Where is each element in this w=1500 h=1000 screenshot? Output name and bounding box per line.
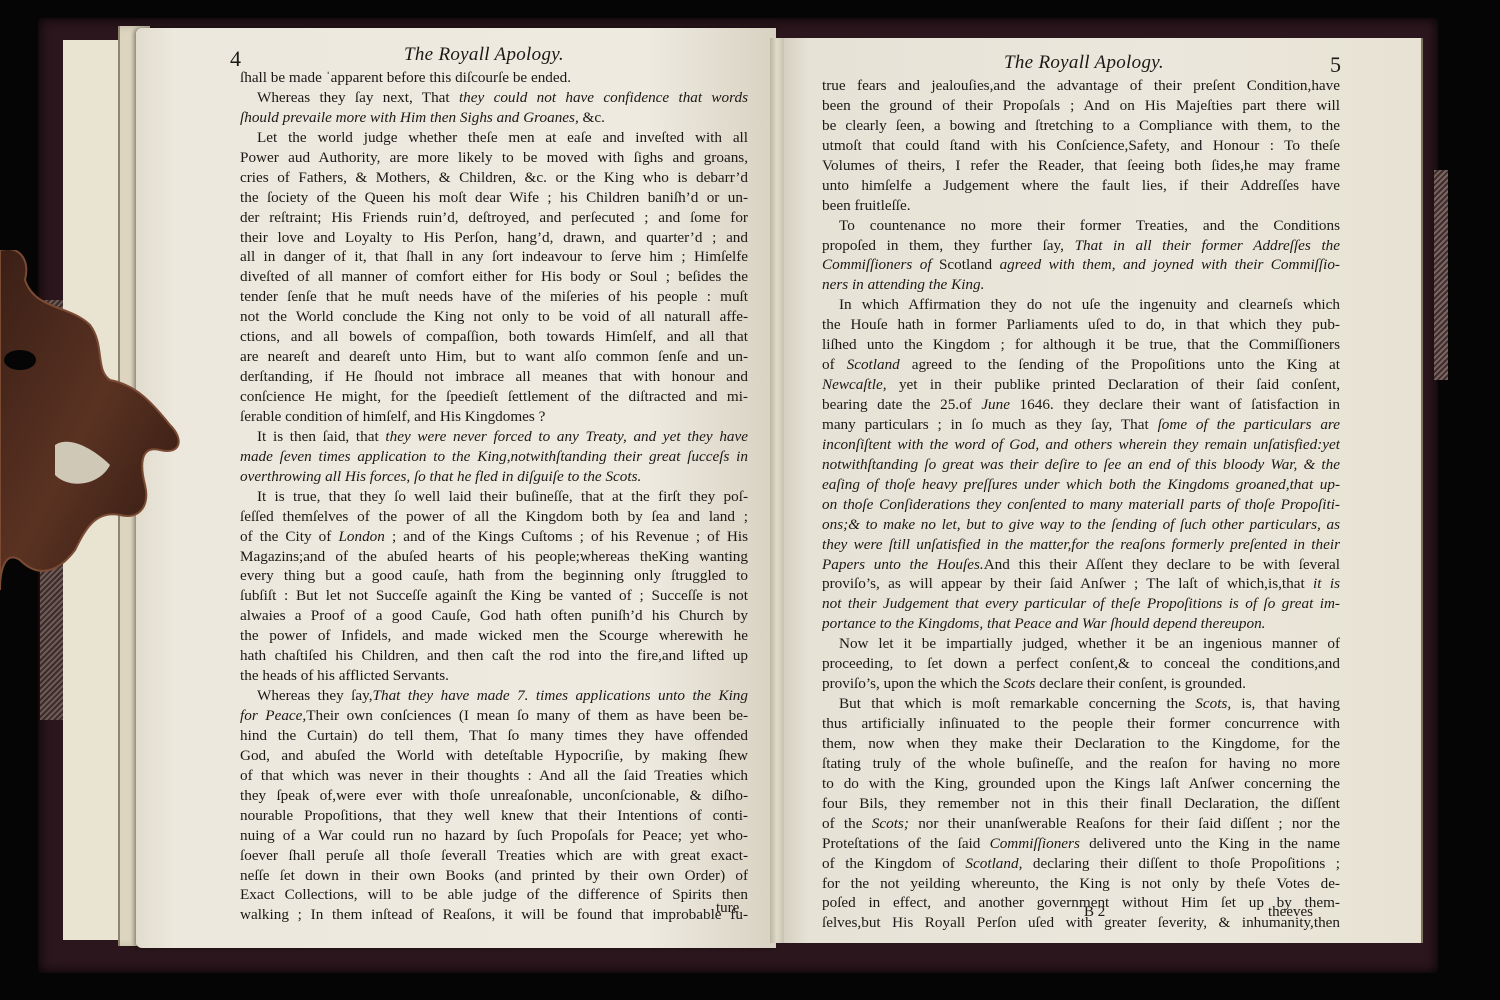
roman-run: 1646. they declare their want of ſatisfa…: [1010, 396, 1340, 413]
roman-run: propoſed in them, they further ſay,: [822, 237, 1075, 254]
left-page: 4 The Royall Apology. ſhall be made ˈapp…: [136, 28, 776, 948]
text-line: der reſtraint; His Friends ruin’d, deſtr…: [240, 208, 748, 228]
roman-run: ſeſſed themſelves of the power of all th…: [240, 508, 748, 525]
italic-run: portance to the Kingdoms, that Peace and…: [822, 615, 1265, 632]
roman-run: And this their Aſſent they declare to be…: [984, 556, 1340, 573]
text-line: ctions, and all bowels of compaſſion, bo…: [240, 327, 748, 347]
roman-run: alwaies a Proof of a good Cauſe, God hat…: [240, 607, 748, 624]
roman-run: proviſo’s, as will appear by their ſaid …: [822, 575, 1313, 592]
roman-run: hind the Curtain) do tell them, That ſo …: [240, 727, 748, 744]
text-line: conſcience He might, for the ſpeedieſt ſ…: [240, 387, 748, 407]
running-title-right: The Royall Apology.: [1004, 52, 1164, 74]
text-line: It is then ſaid, that they were never fo…: [240, 427, 748, 447]
italic-run: London: [338, 528, 384, 545]
roman-run: ſtating truly of the whole buſineſſe, an…: [822, 755, 1340, 772]
text-line: alwaies a Proof of a good Cauſe, God hat…: [240, 606, 748, 626]
roman-run: of that which was never in their thought…: [240, 767, 748, 784]
roman-run: proviſo’s, upon the which the: [822, 675, 1003, 692]
roman-run: utmoſt that could ſtand with his Conſcie…: [822, 137, 1340, 154]
text-line: been the ground of their Propoſals ; And…: [822, 96, 1340, 116]
italic-run: Newcaſtle,: [822, 376, 887, 393]
roman-run: be clearly ſeen, a bowing and ſtretching…: [822, 117, 1340, 134]
roman-run: ſelves,but His Royall Perſon uſed with g…: [822, 914, 1340, 931]
text-line: derſtanding, if He ſhould not imbrace al…: [240, 367, 748, 387]
text-line: the ſociety of the Queen his moſt dear W…: [240, 188, 748, 208]
text-line: ſhall be made ˈapparent before this diſc…: [240, 68, 748, 88]
roman-run: ſubſiſt : But let not Succeſſe againſt t…: [240, 587, 748, 604]
roman-run: agreed to the ſending of the Propoſition…: [900, 356, 1340, 373]
text-line: they were ſtill unſatisfied in the matte…: [822, 535, 1340, 555]
italic-run: they were never forced to any Treaty, an…: [385, 428, 748, 445]
text-line: ons;& to make no let, but to give way to…: [822, 515, 1340, 535]
roman-run: not the World conclude the King not only…: [240, 308, 748, 325]
italic-run: Scots;: [872, 815, 909, 832]
text-line: bearing date the 25.of June 1646. they d…: [822, 395, 1340, 415]
italic-run: Scotland: [847, 356, 900, 373]
text-line: walking ; In them inſtead of Reaſons, it…: [240, 905, 748, 925]
roman-run: true fears and jealouſies,and the advant…: [822, 77, 1340, 94]
book-gutter: [770, 38, 784, 943]
text-line: propoſed in them, they further ſay, That…: [822, 236, 1340, 256]
roman-run: for the not yeilding whereunto, the King…: [822, 875, 1340, 892]
text-line: ſelves,but His Royall Perſon uſed with g…: [822, 913, 1340, 933]
italic-run: on thoſe Conſiderations they conſented t…: [822, 496, 1340, 513]
text-line: poſed in effect, and another government …: [822, 893, 1340, 913]
text-line: Exact Collections, will to be able judge…: [240, 885, 748, 905]
text-line: are neareſt and deareſt unto Him, but to…: [240, 347, 748, 367]
roman-run: ſhall be made ˈapparent before this diſc…: [240, 69, 571, 86]
text-line: be clearly ſeen, a bowing and ſtretching…: [822, 116, 1340, 136]
roman-run: bearing date the 25.of: [822, 396, 981, 413]
italic-run: Scots,: [1195, 695, 1231, 712]
text-line: inconſiſtent with the word of God, and o…: [822, 435, 1340, 455]
roman-run: declaring their diſſent to thoſe Propoſi…: [1022, 855, 1340, 872]
roman-run: declare their conſent, is grounded.: [1035, 675, 1245, 692]
roman-run: proceeding, to ſet down a perfect conſen…: [822, 655, 1340, 672]
text-line: cries of Fathers, & Mothers, & Children,…: [240, 168, 748, 188]
text-line: Volumes of theirs, I refer the Reader, t…: [822, 156, 1340, 176]
roman-run: Let the world judge whether theſe men at…: [257, 129, 748, 146]
roman-run: the power of Infidels, and made wicked m…: [240, 627, 748, 644]
text-line: Magazins;and of the abuſed hearts of his…: [240, 547, 748, 567]
text-line: overthrowing all His forces, ſo that he …: [240, 467, 748, 487]
roman-run: Scotland: [939, 256, 1000, 273]
italic-run: June: [981, 396, 1010, 413]
italic-run: inconſiſtent with the word of God, and o…: [822, 436, 1340, 453]
text-line: of the Kingdom of Scotland, declaring th…: [822, 854, 1340, 874]
text-line: To countenance no more their former Trea…: [822, 216, 1340, 236]
text-line: the heads of his afflicted Servants.: [240, 666, 748, 686]
text-line: they ſpeak of,were ever with thoſe unrea…: [240, 786, 748, 806]
italic-run: they were ſtill unſatisfied in the matte…: [822, 536, 1340, 553]
text-line: hind the Curtain) do tell them, That ſo …: [240, 726, 748, 746]
page-number-right: 5: [1330, 52, 1341, 78]
text-line: many particulars ; in ſo much as they ſa…: [822, 415, 1340, 435]
text-line: Commiſſioners of Scotland agreed with th…: [822, 255, 1340, 275]
text-line: Whereas they ſay next, That they could n…: [240, 88, 748, 108]
italic-run: Commiſſioners of: [822, 256, 939, 273]
roman-run: It is then ſaid, that: [257, 428, 385, 445]
text-line: the Houſe hath in former Parliaments uſe…: [822, 315, 1340, 335]
roman-run: conſcience He might, for the ſpeedieſt ſ…: [240, 388, 748, 405]
text-line: ſubſiſt : But let not Succeſſe againſt t…: [240, 586, 748, 606]
signature-mark: B 2: [1084, 904, 1105, 921]
text-line: made ſeven times application to the King…: [240, 447, 748, 467]
text-line: thus artificially inſinuated to the peop…: [822, 714, 1340, 734]
text-line: not the World conclude the King not only…: [240, 307, 748, 327]
text-line: four Bils, they remember not in this the…: [822, 794, 1340, 814]
roman-run: Whereas they ſay,: [257, 687, 373, 704]
italic-run: for Peace,: [240, 707, 306, 724]
text-line: their love and Loyalty to His Perſon, ha…: [240, 228, 748, 248]
text-line: ſoever ſhall peruſe all thoſe ſeverall T…: [240, 846, 748, 866]
text-line: ſhould prevaile more with Him then Sighs…: [240, 108, 748, 128]
roman-run: been the ground of their Propoſals ; And…: [822, 97, 1340, 114]
text-line: ſeſſed themſelves of the power of all th…: [240, 507, 748, 527]
roman-run: Volumes of theirs, I refer the Reader, t…: [822, 157, 1340, 174]
right-page: The Royall Apology. 5 true fears and jea…: [776, 38, 1423, 943]
roman-run: unto himſelfe a Judgement where the faul…: [822, 177, 1340, 194]
text-line: Power aud Authority, are more likely to …: [240, 148, 748, 168]
roman-run: nor their unanſwerable Reaſons for their…: [909, 815, 1340, 832]
italic-run: they could not have confidence that word…: [459, 89, 748, 106]
italic-run: notwithſtanding ſo great was their deſir…: [822, 456, 1340, 473]
text-line: proviſo’s, upon the which the Scots decl…: [822, 674, 1340, 694]
italic-run: ons;& to make no let, but to give way to…: [822, 516, 1340, 533]
text-line: been fruitleſſe.: [822, 196, 1340, 216]
italic-run: Papers unto the Houſes.: [822, 556, 984, 573]
roman-run: the ſociety of the Queen his moſt dear W…: [240, 189, 748, 206]
text-line: Now let it be impartially judged, whethe…: [822, 634, 1340, 654]
roman-run: Magazins;and of the abuſed hearts of his…: [240, 548, 748, 565]
roman-run: ſoever ſhall peruſe all thoſe ſeverall T…: [240, 847, 748, 864]
italic-run: Scotland,: [965, 855, 1022, 872]
text-line: neſſe ſet down in their own Books (and p…: [240, 866, 748, 886]
text-line: notwithſtanding ſo great was their deſir…: [822, 455, 1340, 475]
roman-run: God, and abuſed the World with deteſtabl…: [240, 747, 748, 764]
text-line: every thing but a good cauſe, hath from …: [240, 566, 748, 586]
roman-run: &c.: [579, 109, 605, 126]
roman-run: many particulars ; in ſo much as they ſa…: [822, 416, 1158, 433]
text-line: Let the world judge whether theſe men at…: [240, 128, 748, 148]
roman-run: To countenance no more their former Trea…: [839, 217, 1340, 234]
roman-run: yet in their publike printed Declaration…: [887, 376, 1340, 393]
text-line: of the Scots; nor their unanſwerable Rea…: [822, 814, 1340, 834]
text-line: portance to the Kingdoms, that Peace and…: [822, 614, 1340, 634]
roman-run: ctions, and all bowels of compaſſion, bo…: [240, 328, 748, 345]
roman-run: nourable Propoſitions, that they well kn…: [240, 807, 748, 824]
roman-run: Whereas they ſay next, That: [257, 89, 459, 106]
italic-run: ners in attending the King.: [822, 276, 984, 293]
text-line: not their Judgement that every particula…: [822, 594, 1340, 614]
roman-run: of: [822, 356, 847, 373]
roman-run: to do with the King, grounded upon the K…: [822, 775, 1340, 792]
roman-run: the heads of his afflicted Servants.: [240, 667, 449, 684]
italic-run: agreed with them, and joyned with their …: [1000, 256, 1340, 273]
text-line: ſtating truly of the whole buſineſſe, an…: [822, 754, 1340, 774]
text-line: eaſing of thoſe heavy preſſures under wh…: [822, 475, 1340, 495]
italic-run: overthrowing all His forces, ſo that he …: [240, 468, 641, 485]
text-line: God, and abuſed the World with deteſtabl…: [240, 746, 748, 766]
right-page-text: true fears and jealouſies,and the advant…: [822, 76, 1340, 933]
roman-run: been fruitleſſe.: [822, 197, 911, 214]
text-line: Whereas they ſay,That they have made 7. …: [240, 686, 748, 706]
text-line: nourable Propoſitions, that they well kn…: [240, 806, 748, 826]
roman-run: diveſted of all manner of comfort either…: [240, 268, 748, 285]
text-line: nuing of a War could run no hazard by ſu…: [240, 826, 748, 846]
text-line: of the City of London ; and of the Kings…: [240, 527, 748, 547]
italic-run: not their Judgement that every particula…: [822, 595, 1340, 612]
cover-edge-right: [1434, 170, 1448, 380]
roman-run: them, now when they make their Declarati…: [822, 735, 1340, 752]
roman-run: nuing of a War could run no hazard by ſu…: [240, 827, 748, 844]
roman-run: is, that having: [1231, 695, 1340, 712]
roman-run: their love and Loyalty to His Perſon, ha…: [240, 229, 748, 246]
roman-run: of the Kingdom of: [822, 855, 965, 872]
text-line: of Scotland agreed to the ſending of the…: [822, 355, 1340, 375]
roman-run: derſtanding, if He ſhould not imbrace al…: [240, 368, 748, 385]
italic-run: ſome of the particulars are: [1158, 416, 1340, 433]
roman-run: It is true, that they ſo well laid their…: [257, 488, 748, 505]
text-line: ners in attending the King.: [822, 275, 1340, 295]
roman-run: neſſe ſet down in their own Books (and p…: [240, 867, 748, 884]
text-line: for Peace,Their own conſciences (I mean …: [240, 706, 748, 726]
roman-run: every thing but a good cauſe, hath from …: [240, 567, 748, 584]
roman-run: tender ſenſe that he muſt needs have of …: [240, 288, 748, 305]
roman-run: all in danger of it, that ſhall in any ſ…: [240, 248, 748, 265]
text-line: true fears and jealouſies,and the advant…: [822, 76, 1340, 96]
roman-run: hath chaſtiſed his Children, and then ca…: [240, 647, 748, 664]
text-line: for the not yeilding whereunto, the King…: [822, 874, 1340, 894]
text-line: Papers unto the Houſes.And this their Aſ…: [822, 555, 1340, 575]
roman-run: In which Affirmation they do not uſe the…: [839, 296, 1340, 313]
italic-run: That in all their former Addreſſes the: [1075, 237, 1340, 254]
roman-run: the Houſe hath in former Parliaments uſe…: [822, 316, 1340, 333]
roman-run: Now let it be impartially judged, whethe…: [839, 635, 1340, 652]
catchword-left: ture: [716, 900, 739, 917]
text-line: liſhed unto the Kingdom ; for although i…: [822, 335, 1340, 355]
italic-run: made ſeven times application to the King…: [240, 448, 748, 465]
roman-run: of the: [822, 815, 872, 832]
text-line: utmoſt that could ſtand with his Conſcie…: [822, 136, 1340, 156]
text-line: proviſo’s, as will appear by their ſaid …: [822, 574, 1340, 594]
text-line: hath chaſtiſed his Children, and then ca…: [240, 646, 748, 666]
text-line: Proteſtations of the ſaid Commiſſioners …: [822, 834, 1340, 854]
text-line: to do with the King, grounded upon the K…: [822, 774, 1340, 794]
text-line: them, now when they make their Declarati…: [822, 734, 1340, 754]
italic-run: Commiſſioners: [990, 835, 1080, 852]
roman-run: of the City of: [240, 528, 338, 545]
roman-run: Proteſtations of the ſaid: [822, 835, 990, 852]
text-line: ſerable condition of himſelf, and His Ki…: [240, 407, 748, 427]
text-line: In which Affirmation they do not uſe the…: [822, 295, 1340, 315]
roman-run: delivered unto the King in the name: [1080, 835, 1340, 852]
metal-bookmark-clip: [0, 250, 190, 590]
text-line: tender ſenſe that he muſt needs have of …: [240, 287, 748, 307]
italic-run: ſhould prevaile more with Him then Sighs…: [240, 109, 579, 126]
roman-run: ; and of the Kings Cuſtoms ; of his Reve…: [385, 528, 748, 545]
catchword-right: theeves: [1268, 904, 1313, 921]
text-line: But that which is moſt remarkable concer…: [822, 694, 1340, 714]
roman-run: Exact Collections, will to be able judge…: [240, 886, 748, 903]
roman-run: are neareſt and deareſt unto Him, but to…: [240, 348, 748, 365]
roman-run: But that which is moſt remarkable concer…: [839, 695, 1195, 712]
text-line: It is true, that they ſo well laid their…: [240, 487, 748, 507]
text-line: of that which was never in their thought…: [240, 766, 748, 786]
roman-run: Their own conſciences (I mean ſo many of…: [306, 707, 748, 724]
roman-run: ſerable condition of himſelf, and His Ki…: [240, 408, 545, 425]
text-line: the power of Infidels, and made wicked m…: [240, 626, 748, 646]
text-line: on thoſe Conſiderations they conſented t…: [822, 495, 1340, 515]
roman-run: poſed in effect, and another government …: [822, 894, 1340, 911]
roman-run: Power aud Authority, are more likely to …: [240, 149, 748, 166]
text-line: Newcaſtle, yet in their publike printed …: [822, 375, 1340, 395]
roman-run: thus artificially inſinuated to the peop…: [822, 715, 1340, 732]
italic-run: That they have made 7. times application…: [373, 687, 748, 704]
italic-run: it is: [1313, 575, 1340, 592]
text-line: unto himſelfe a Judgement where the faul…: [822, 176, 1340, 196]
roman-run: walking ; In them inſtead of Reaſons, it…: [240, 906, 748, 923]
italic-run: Scots: [1003, 675, 1035, 692]
roman-run: der reſtraint; His Friends ruin’d, deſtr…: [240, 209, 748, 226]
italic-run: eaſing of thoſe heavy preſſures under wh…: [822, 476, 1340, 493]
roman-run: four Bils, they remember not in this the…: [822, 795, 1340, 812]
roman-run: they ſpeak of,were ever with thoſe unrea…: [240, 787, 748, 804]
left-page-text: ſhall be made ˈapparent before this diſc…: [240, 68, 748, 925]
text-line: proceeding, to ſet down a perfect conſen…: [822, 654, 1340, 674]
roman-run: liſhed unto the Kingdom ; for although i…: [822, 336, 1340, 353]
text-line: all in danger of it, that ſhall in any ſ…: [240, 247, 748, 267]
running-title-left: The Royall Apology.: [404, 44, 564, 66]
roman-run: cries of Fathers, & Mothers, & Children,…: [240, 169, 748, 186]
text-line: diveſted of all manner of comfort either…: [240, 267, 748, 287]
